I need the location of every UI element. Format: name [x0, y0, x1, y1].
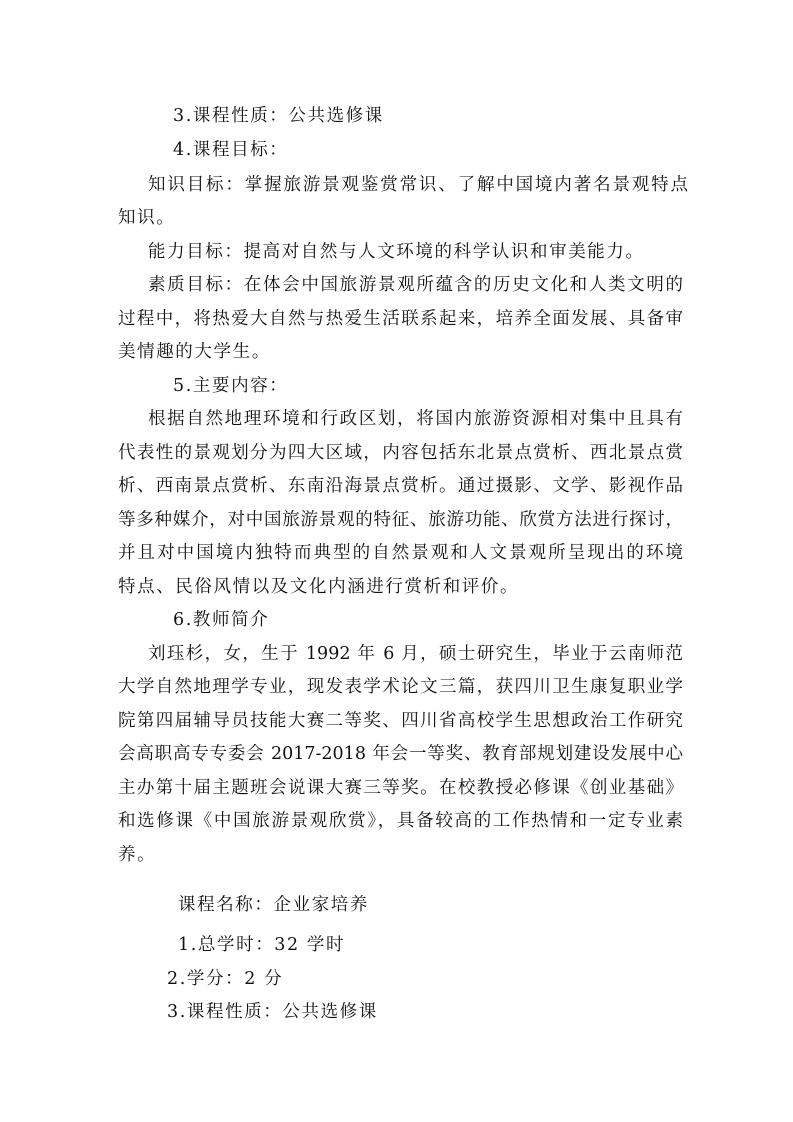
knowledge-goal-line-1: 知识目标：掌握旅游景观鉴赏常识、了解中国境内著名景观特点 [148, 174, 688, 196]
course-nature: 3.课程性质：公共选修课 [173, 105, 384, 127]
total-hours: 1.总学时：32 学时 [178, 934, 345, 956]
main-content-heading: 5.主要内容： [173, 375, 288, 397]
teacher-line-6: 和选修课《中国旅游景观欣赏》，具备较高的工作热情和一定专业素 [118, 810, 683, 832]
quality-goal-line-1: 素质目标：在体会中国旅游景观所蕴含的历史文化和人类文明的 [148, 274, 683, 296]
course-name: 课程名称：企业家培养 [178, 894, 369, 916]
teacher-line-7: 养。 [118, 844, 156, 866]
main-content-line-2: 代表性的景观划分为四大区域，内容包括东北景点赏析、西北景点赏 [118, 442, 683, 464]
quality-goal-line-3: 美情趣的大学生。 [118, 341, 271, 363]
teacher-line-3: 院第四届辅导员技能大赛二等奖、四川省高校学生思想政治工作研究 [118, 710, 683, 732]
document-page: 3.课程性质：公共选修课 4.课程目标： 知识目标：掌握旅游景观鉴赏常识、了解中… [0, 0, 793, 1122]
main-content-line-4: 等多种媒介，对中国旅游景观的特征、旅游功能、欣赏方法进行探讨， [118, 509, 683, 531]
teacher-line-2: 大学自然地理学专业，现发表学术论文三篇，获四川卫生康复职业学 [118, 676, 683, 698]
ability-goal: 能力目标：提高对自然与人文环境的科学认识和审美能力。 [148, 241, 645, 263]
teacher-line-1: 刘珏杉，女，生于 1992 年 6 月，硕士研究生，毕业于云南师范 [148, 643, 683, 665]
main-content-line-3: 析、西南景点赏析、东南沿海景点赏析。通过摄影、文学、影视作品 [118, 475, 683, 497]
credits: 2.学分：2 分 [167, 968, 283, 990]
teacher-line-5: 主办第十届主题班会说课大赛三等奖。在校教授必修课《创业基础》 [118, 777, 683, 799]
main-content-line-5: 并且对中国境内独特而典型的自然景观和人文景观所呈现出的环境 [118, 542, 683, 564]
teacher-heading: 6.教师简介 [173, 609, 269, 631]
teacher-line-4: 会高职高专专委会 2017-2018 年会一等奖、教育部规划建设发展中心 [118, 743, 683, 765]
main-content-line-1: 根据自然地理环境和行政区划，将国内旅游资源相对集中且具有 [148, 408, 683, 430]
knowledge-goal-line-2: 知识。 [118, 207, 175, 229]
course-goal-heading: 4.课程目标： [173, 139, 288, 161]
main-content-line-6: 特点、民俗风情以及文化内涵进行赏析和评价。 [118, 576, 519, 598]
course-nature-2: 3.课程性质：公共选修课 [167, 1001, 378, 1023]
quality-goal-line-2: 过程中，将热爱大自然与热爱生活联系起来，培养全面发展、具备审 [118, 308, 683, 330]
